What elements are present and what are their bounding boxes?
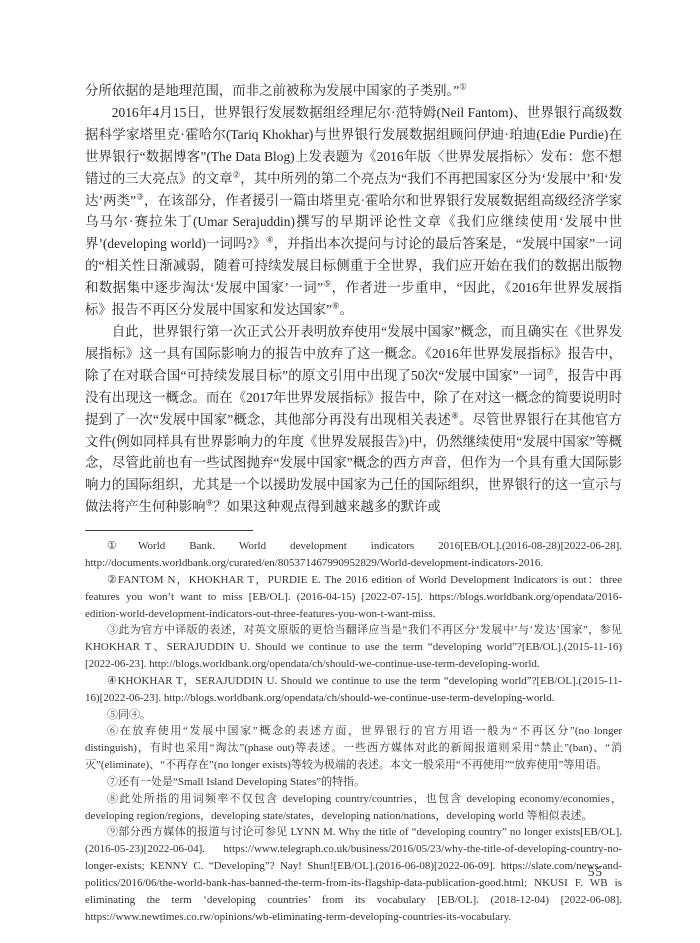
- text-run: 。: [340, 302, 353, 317]
- text-run: 分所依据的是地理范围，而非之前被称为发展中国家的子类别。”: [85, 83, 459, 98]
- footnote-ref: ④: [266, 235, 274, 245]
- main-text: 分所依据的是地理范围，而非之前被称为发展中国家的子类别。”①2016年4月15日…: [85, 80, 622, 518]
- footnote-ref: ⑦: [546, 366, 554, 376]
- footnote-5: ⑤同④。: [85, 707, 622, 724]
- page-number: 55: [588, 864, 603, 880]
- footnote-8: ⑧此处所指的用词频率不仅包含 developing country/countr…: [85, 791, 622, 825]
- document-page: 分所依据的是地理范围，而非之前被称为发展中国家的子类别。”①2016年4月15日…: [0, 0, 700, 943]
- page-content: 分所依据的是地理范围，而非之前被称为发展中国家的子类别。”①2016年4月15日…: [85, 80, 622, 926]
- text-run: 自此，世界银行第一次正式公开表明放弃使用“发展中国家”概念，而且确实在《世界发展…: [85, 324, 622, 383]
- footnote-ref: ①: [459, 82, 467, 92]
- footnote-ref: ⑤: [323, 279, 332, 289]
- footnote-ref: ⑥: [332, 301, 340, 311]
- footnote-ref: ⑧: [451, 410, 459, 420]
- footnotes-section: ①World Bank. World development indicator…: [85, 538, 622, 925]
- footnote-2: ②FANTOM N，KHOKHAR T，PURDIE E. The 2016 e…: [85, 572, 622, 623]
- paragraph-1: 分所依据的是地理范围，而非之前被称为发展中国家的子类别。”①: [85, 80, 622, 102]
- footnote-4: ④KHOKHAR T，SERAJUDDIN U. Should we conti…: [85, 673, 622, 707]
- footnote-9: ⑨部分西方媒体的报道与讨论可参见 LYNN M. Why the title o…: [85, 824, 622, 925]
- footnote-ref: ③: [136, 191, 144, 201]
- paragraph-3: 自此，世界银行第一次正式公开表明放弃使用“发展中国家”概念，而且确实在《世界发展…: [85, 321, 622, 518]
- footnote-ref: ⑨: [206, 498, 214, 508]
- footnote-3: ③此为官方中译版的表述，对英文原版的更恰当翻译应当是“我们不再区分‘发展中’与‘…: [85, 622, 622, 673]
- paragraph-2: 2016年4月15日，世界银行发展数据组经理尼尔·范特姆(Neil Fantom…: [85, 102, 622, 321]
- footnote-separator: [85, 530, 253, 531]
- text-run: ？如果这种观点得到越来越多的默许或: [213, 499, 441, 514]
- footnote-1: ①World Bank. World development indicator…: [85, 538, 622, 572]
- footnote-6: ⑥在放弃使用“发展中国家”概念的表述方面，世界银行的官方用语一般为“不再区分”(…: [85, 723, 622, 774]
- footnote-7: ⑦还有一处是“Small Island Developing States”的特…: [85, 774, 622, 791]
